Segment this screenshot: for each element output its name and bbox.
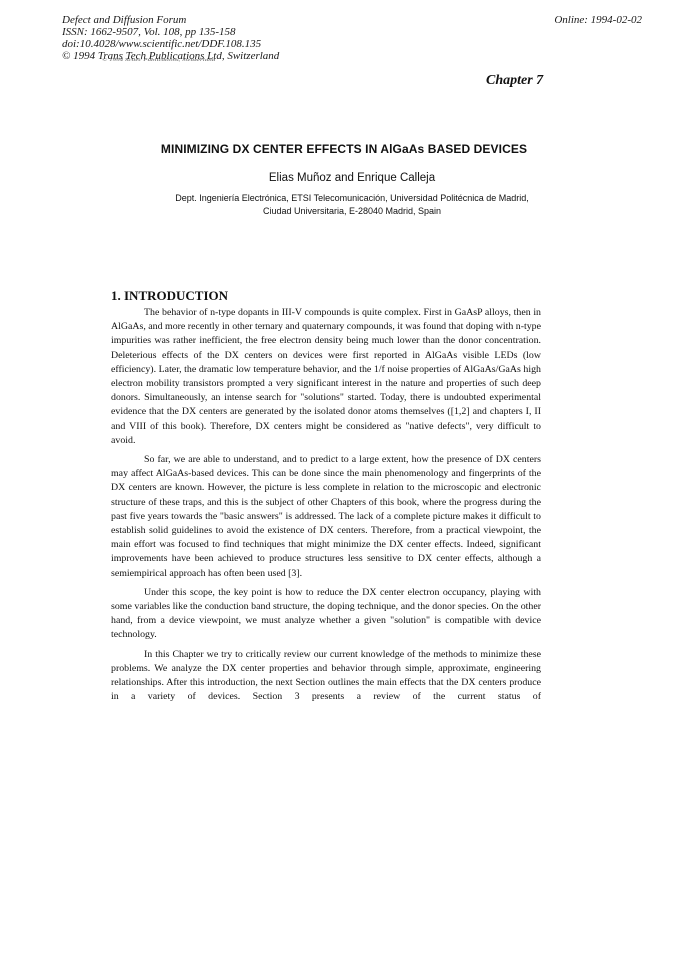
online-date: Online: 1994-02-02 [554, 14, 642, 26]
paragraph: In this Chapter we try to critically rev… [111, 648, 541, 705]
section-heading: 1. INTRODUCTION [111, 288, 228, 304]
affiliation-line: Dept. Ingeniería Electrónica, ETSI Telec… [26, 192, 678, 205]
journal-name: Defect and Diffusion Forum [62, 14, 279, 26]
affiliation-line: Ciudad Universitaria, E-28040 Madrid, Sp… [26, 205, 678, 218]
journal-issn: ISSN: 1662-9507, Vol. 108, pp 135-158 [62, 26, 279, 38]
journal-doi: doi:10.4028/www.scientific.net/DDF.108.1… [62, 38, 279, 50]
paragraph: Under this scope, the key point is how t… [111, 586, 541, 643]
chapter-label: Chapter 7 [486, 73, 543, 89]
copyright-stamp: © 1994 Scitec Publications, Switzerland [102, 58, 215, 62]
journal-header: Defect and Diffusion Forum ISSN: 1662-95… [62, 14, 279, 62]
article-authors: Elias Muñoz and Enrique Calleja [0, 172, 678, 184]
section-body: The behavior of n-type dopants in III-V … [111, 306, 541, 704]
paragraph: So far, we are able to understand, and t… [111, 453, 541, 581]
article-affiliation: Dept. Ingeniería Electrónica, ETSI Telec… [0, 192, 678, 218]
paragraph: The behavior of n-type dopants in III-V … [111, 306, 541, 448]
article-title: MINIMIZING DX CENTER EFFECTS IN AlGaAs B… [0, 142, 678, 156]
